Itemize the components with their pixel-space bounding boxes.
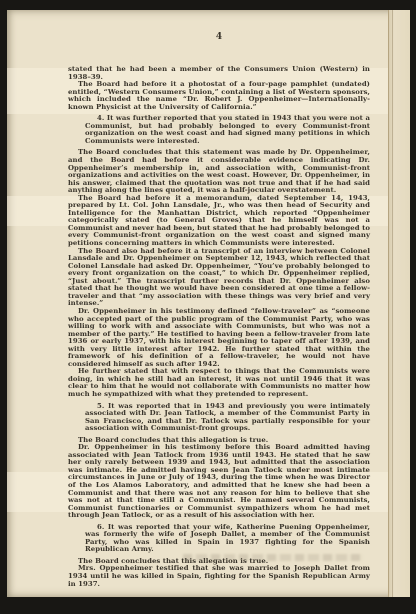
paragraph: 4. It was further reported that you stat… xyxy=(85,115,370,145)
scan-background: 4 stated that he had been a member of th… xyxy=(0,0,416,614)
paragraph: He further stated that with respect to t… xyxy=(68,368,370,398)
paragraph: Dr. Oppenheimer in his testimony defined… xyxy=(68,308,370,368)
page-number: 4 xyxy=(68,32,370,42)
paragraph: The Board also had before it a transcrip… xyxy=(68,248,370,308)
paragraph: The Board had before it a memorandum, da… xyxy=(68,195,370,248)
paragraph: 5. It was reported that in 1943 and prev… xyxy=(85,403,370,433)
paragraph: Dr. Oppenheimer in his testimony before … xyxy=(68,444,370,519)
paragraph: stated that he had been a member of the … xyxy=(68,66,370,81)
document-page: 4 stated that he had been a member of th… xyxy=(7,10,410,597)
paragraph: Mrs. Oppenheimer testified that she was … xyxy=(68,565,370,588)
paragraph: 6. It was reported that your wife, Kathe… xyxy=(85,524,370,554)
paragraph: The Board concludes that this statement … xyxy=(68,149,370,194)
adjacent-page-edge xyxy=(388,10,410,597)
binding-crease-line xyxy=(392,10,393,597)
page-text-block: stated that he had been a member of the … xyxy=(68,66,370,588)
paragraph: The Board had before it a photostat of a… xyxy=(68,81,370,111)
